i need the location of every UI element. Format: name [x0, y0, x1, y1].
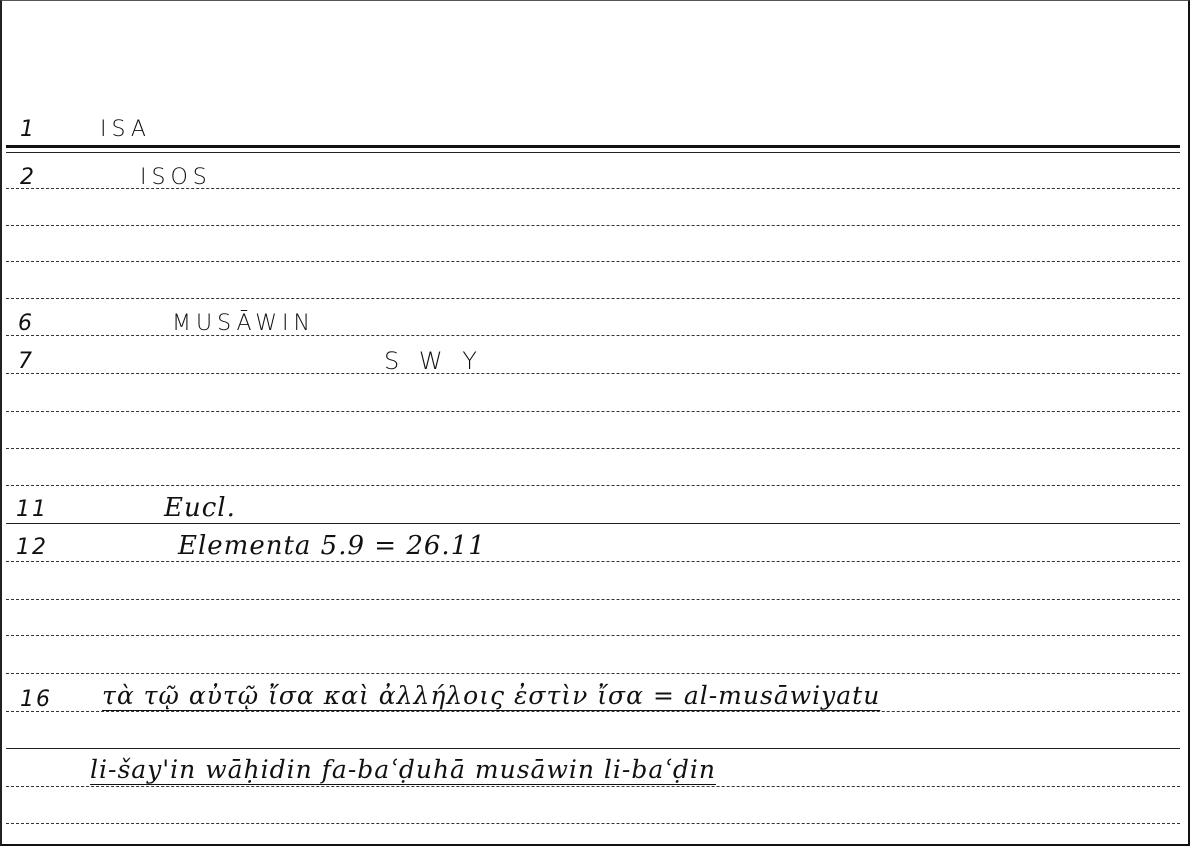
ruled-line	[6, 225, 1180, 226]
ruled-line	[6, 448, 1180, 449]
ruled-line	[6, 635, 1180, 636]
line-number: 12	[16, 537, 48, 559]
ruled-line	[6, 711, 1180, 712]
entry-text: Eucl.	[164, 495, 236, 521]
ruled-line	[6, 298, 1180, 299]
ruled-line	[6, 561, 1180, 562]
index-card: 1 ISA 2 ISOS 6 MUSĀWIN 7 S W Y 11 Eucl. …	[0, 0, 1190, 846]
entry-text-continuation: li-šay'in wāḥidin fa-baʿḍuhā musāwin li-…	[90, 757, 716, 782]
double-rule-top	[6, 145, 1180, 148]
line-number: 2	[20, 167, 36, 189]
ruled-line	[6, 485, 1180, 486]
ruled-line	[6, 823, 1180, 824]
ruled-line	[6, 373, 1180, 374]
double-rule-bottom	[6, 152, 1180, 153]
ruled-line	[6, 786, 1180, 787]
ruled-line	[6, 673, 1180, 674]
line-number: 11	[16, 499, 48, 521]
line-number: 6	[18, 313, 34, 335]
entry-text: S W Y	[384, 349, 483, 373]
ruled-line	[6, 411, 1180, 412]
ruled-line	[6, 599, 1180, 600]
entry-text: ISOS	[140, 167, 212, 189]
entry-text: MUSĀWIN	[172, 313, 315, 335]
ruled-line	[6, 261, 1180, 262]
line-number: 16	[20, 689, 52, 711]
line-number: 1	[20, 119, 36, 141]
ruled-line	[6, 523, 1180, 524]
line-number: 7	[18, 351, 34, 373]
ruled-line	[6, 748, 1180, 749]
entry-text: Elementa 5.9 = 26.11	[178, 533, 486, 559]
entry-text: τὰ τῷ αὐτῷ ἴσα καὶ ἀλλήλοις ἐστὶν ἴσα = …	[102, 683, 880, 708]
entry-text: ISA	[100, 119, 151, 141]
